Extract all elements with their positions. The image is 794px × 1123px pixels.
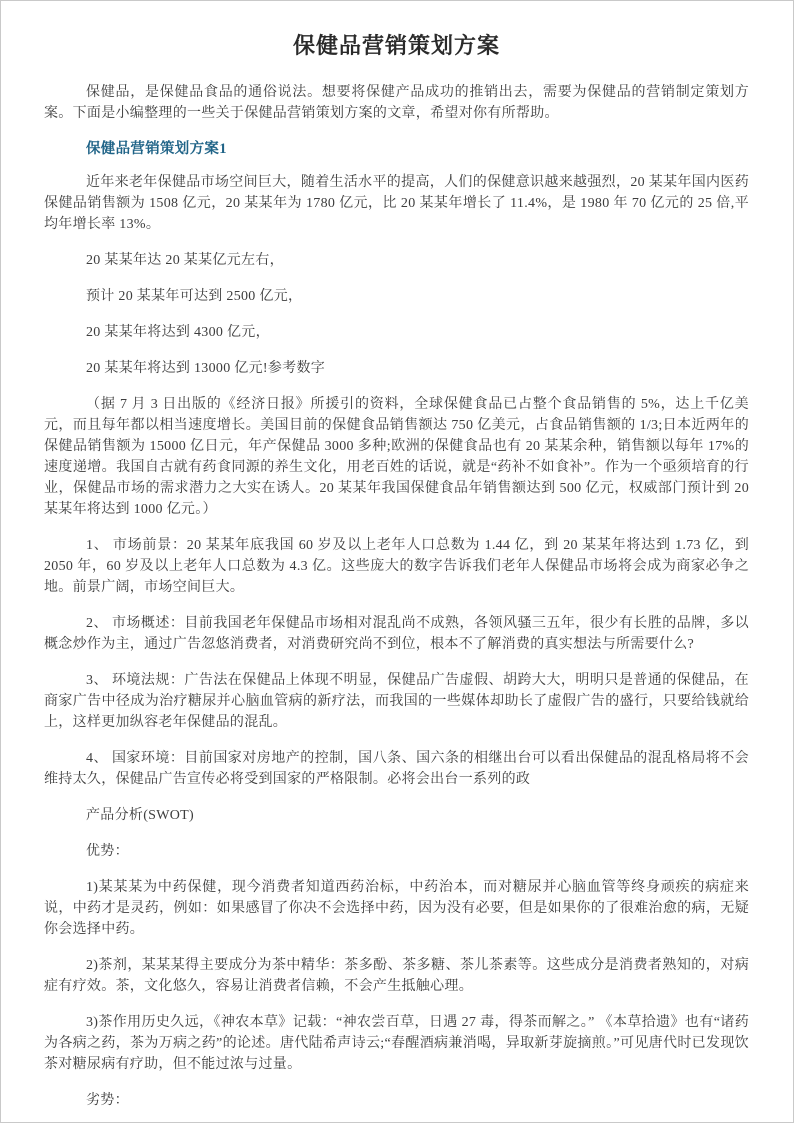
paragraph: 2、 市场概述：目前我国老年保健品市场相对混乱尚不成熟，各领风骚三五年，很少有长… [44, 613, 749, 655]
document-title: 保健品营销策划方案 [44, 31, 749, 61]
section-heading: 保健品营销策划方案1 [44, 139, 749, 160]
paragraph: 预计 20 某某年可达到 2500 亿元， [44, 286, 749, 307]
body-text-container: 近年来老年保健品市场空间巨大，随着生活水平的提高，人们的保健意识越来越强烈，20… [44, 172, 749, 1111]
paragraph: 20 某某年将达到 13000 亿元!参考数字 [44, 358, 749, 379]
paragraph: 优势： [44, 841, 749, 862]
paragraph: 3)茶作用历史久远，《神农本草》记载：“神农尝百草，日遇 27 毒，得茶而解之。… [44, 1012, 749, 1075]
document-page: 保健品营销策划方案 保健品，是保健品食品的通俗说法。想要将保健产品成功的推销出去… [0, 0, 794, 1123]
paragraph: 近年来老年保健品市场空间巨大，随着生活水平的提高，人们的保健意识越来越强烈，20… [44, 172, 749, 235]
intro-paragraph: 保健品，是保健品食品的通俗说法。想要将保健产品成功的推销出去，需要为保健品的营销… [44, 82, 749, 124]
paragraph: 1、 市场前景：20 某某年底我国 60 岁及以上老年人口总数为 1.44 亿，… [44, 535, 749, 598]
paragraph: （据 7 月 3 日出版的《经济日报》所援引的资料，全球保健食品已占整个食品销售… [44, 394, 749, 520]
paragraph: 4、 国家环境：目前国家对房地产的控制，国八条、国六条的相继出台可以看出保健品的… [44, 748, 749, 790]
paragraph: 3、 环境法规：广告法在保健品上体现不明显，保健品广告虚假、胡跨大大，明明只是普… [44, 670, 749, 733]
paragraph: 劣势： [44, 1090, 749, 1111]
paragraph: 20 某某年将达到 4300 亿元， [44, 322, 749, 343]
paragraph: 产品分析(SWOT) [44, 805, 749, 826]
paragraph: 2)茶剂，某某某得主要成分为茶中精华：茶多酚、茶多糖、茶儿茶素等。这些成分是消费… [44, 955, 749, 997]
paragraph: 20 某某年达 20 某某亿元左右， [44, 250, 749, 271]
paragraph: 1)某某某为中药保健，现今消费者知道西药治标，中药治本，而对糖尿并心脑血管等终身… [44, 877, 749, 940]
